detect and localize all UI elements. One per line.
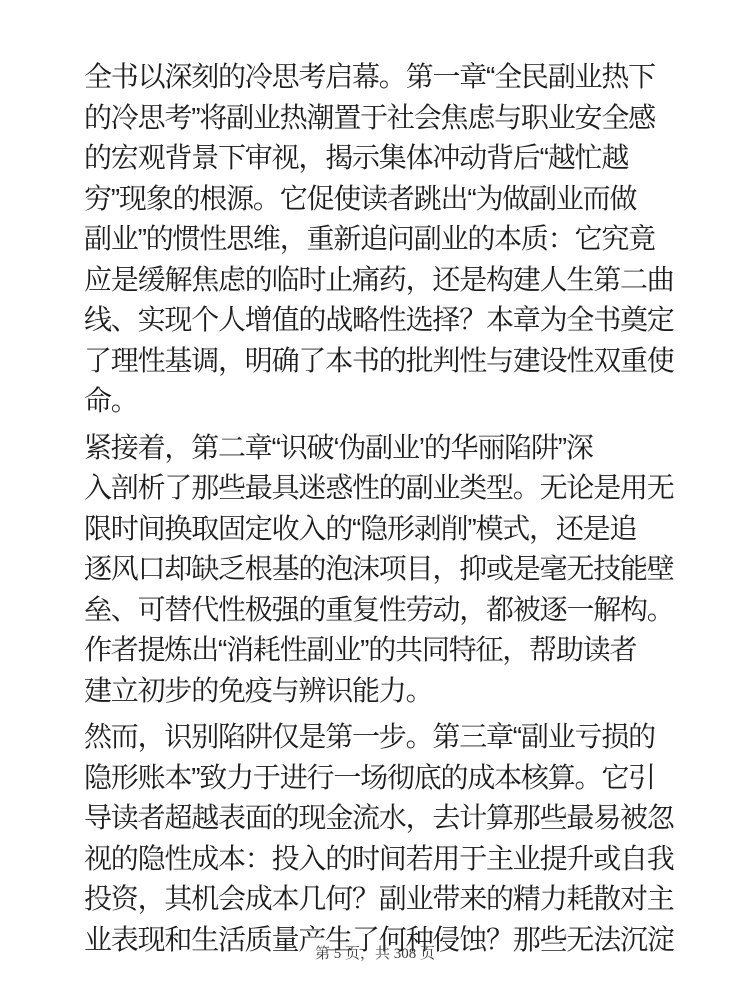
text-line: 入剖析了那些最具迷惑性的副业类型。无论是用无 (84, 468, 672, 509)
document-page: 全书以深刻的冷思考启幕。第一章“全民副业热下的冷思考”将副业热潮置于社会焦虑与职… (0, 0, 750, 1000)
text-line: 的冷思考”将副业热潮置于社会焦虑与职业安全感 (84, 98, 672, 139)
text-line: 限时间换取固定收入的“隐形剥削”模式，还是追 (84, 509, 672, 550)
paragraph: 然而，识别陷阱仅是第一步。第三章“副业亏损的隐形账本”致力于进行一场彻底的成本核… (84, 717, 672, 960)
text-line: 线、实现个人增值的战略性选择？本章为全书奠定 (84, 300, 672, 341)
text-line: 的宏观背景下审视，揭示集体冲动背后“越忙越 (84, 138, 672, 179)
text-line: 全书以深刻的冷思考启幕。第一章“全民副业热下 (84, 57, 672, 98)
text-line: 逐风口却缺乏根基的泡沫项目，抑或是毫无技能壁 (84, 549, 672, 590)
text-line: 垒、可替代性极强的重复性劳动，都被逐一解构。 (84, 590, 672, 631)
text-line: 了理性基调，明确了本书的批判性与建设性双重使 (84, 341, 672, 382)
text-line: 视的隐性成本：投入的时间若用于主业提升或自我 (84, 839, 672, 880)
text-line: 紧接着，第二章“识破‘伪副业’的华丽陷阱”深 (84, 428, 672, 469)
text-line: 作者提炼出“消耗性副业”的共同特征，帮助读者 (84, 630, 672, 671)
text-line: 隐形账本”致力于进行一场彻底的成本核算。它引 (84, 758, 672, 799)
text-line: 建立初步的免疫与辨识能力。 (84, 671, 672, 712)
paragraph: 紧接着，第二章“识破‘伪副业’的华丽陷阱”深入剖析了那些最具迷惑性的副业类型。无… (84, 428, 672, 712)
paragraph: 全书以深刻的冷思考启幕。第一章“全民副业热下的冷思考”将副业热潮置于社会焦虑与职… (84, 57, 672, 422)
text-line: 副业”的惯性思维，重新追问副业的本质：它究竟 (84, 219, 672, 260)
page-number-footer: 第 5 页，共 308 页 (0, 944, 750, 964)
text-line: 穷”现象的根源。它促使读者跳出“为做副业而做 (84, 179, 672, 220)
text-line: 投资，其机会成本几何？副业带来的精力耗散对主 (84, 879, 672, 920)
document-body: 全书以深刻的冷思考启幕。第一章“全民副业热下的冷思考”将副业热潮置于社会焦虑与职… (84, 57, 672, 960)
text-line: 然而，识别陷阱仅是第一步。第三章“副业亏损的 (84, 717, 672, 758)
text-line: 应是缓解焦虑的临时止痛药，还是构建人生第二曲 (84, 260, 672, 301)
text-line: 导读者超越表面的现金流水，去计算那些最易被忽 (84, 798, 672, 839)
text-line: 命。 (84, 381, 672, 422)
